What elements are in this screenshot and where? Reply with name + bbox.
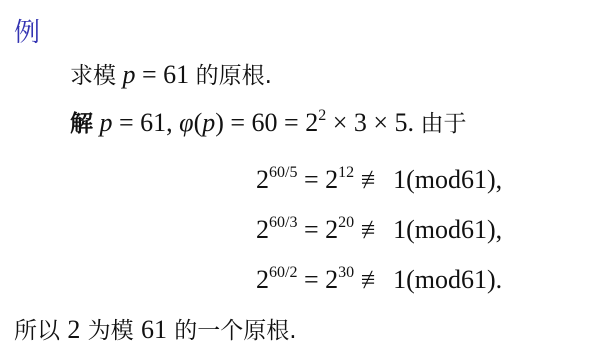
eq3-result-exponent: 30 <box>338 264 354 281</box>
eq2-exponent: 60/3 <box>269 214 297 231</box>
solution-phi-value: ) = 60 = 2 <box>215 108 318 137</box>
example-heading: 例 <box>14 12 40 49</box>
problem-prefix: 求模 <box>70 63 116 89</box>
problem-variable: p <box>123 60 136 89</box>
paren-open: ( <box>194 108 203 137</box>
equation-1: 260/5 = 212 ≢ 1(mod61), <box>256 165 502 199</box>
phi-symbol: φ <box>179 108 193 137</box>
problem-value: = 61 <box>136 60 196 89</box>
solution-exponent: 2 <box>318 107 326 124</box>
solution-p-value: = 61, <box>113 108 180 137</box>
conclusion: 所以 2 为模 61 的一个原根. <box>14 315 297 346</box>
problem-statement: 求模 p = 61 的原根. <box>70 60 272 91</box>
equation-3: 260/2 = 230 ≢ 1(mod61). <box>256 265 502 299</box>
solution-label: 解 <box>70 111 93 137</box>
eq2-congruence: ≢ 1(mod61), <box>354 215 502 244</box>
eq3-congruence: ≢ 1(mod61). <box>354 265 502 294</box>
problem-suffix: 的原根. <box>196 63 272 89</box>
eq1-congruence: ≢ 1(mod61), <box>354 165 502 194</box>
eq2-result-exponent: 20 <box>338 214 354 231</box>
equation-2: 260/3 = 220 ≢ 1(mod61), <box>256 215 502 249</box>
solution-factorization: × 3 × 5. <box>326 108 420 137</box>
solution-since: 由于 <box>421 111 467 137</box>
solution-line: 解 p = 61, φ(p) = 60 = 22 × 3 × 5. 由于 <box>70 108 467 142</box>
eq1-exponent: 60/5 <box>269 164 297 181</box>
eq3-exponent: 60/2 <box>269 264 297 281</box>
eq1-result-exponent: 12 <box>338 164 354 181</box>
